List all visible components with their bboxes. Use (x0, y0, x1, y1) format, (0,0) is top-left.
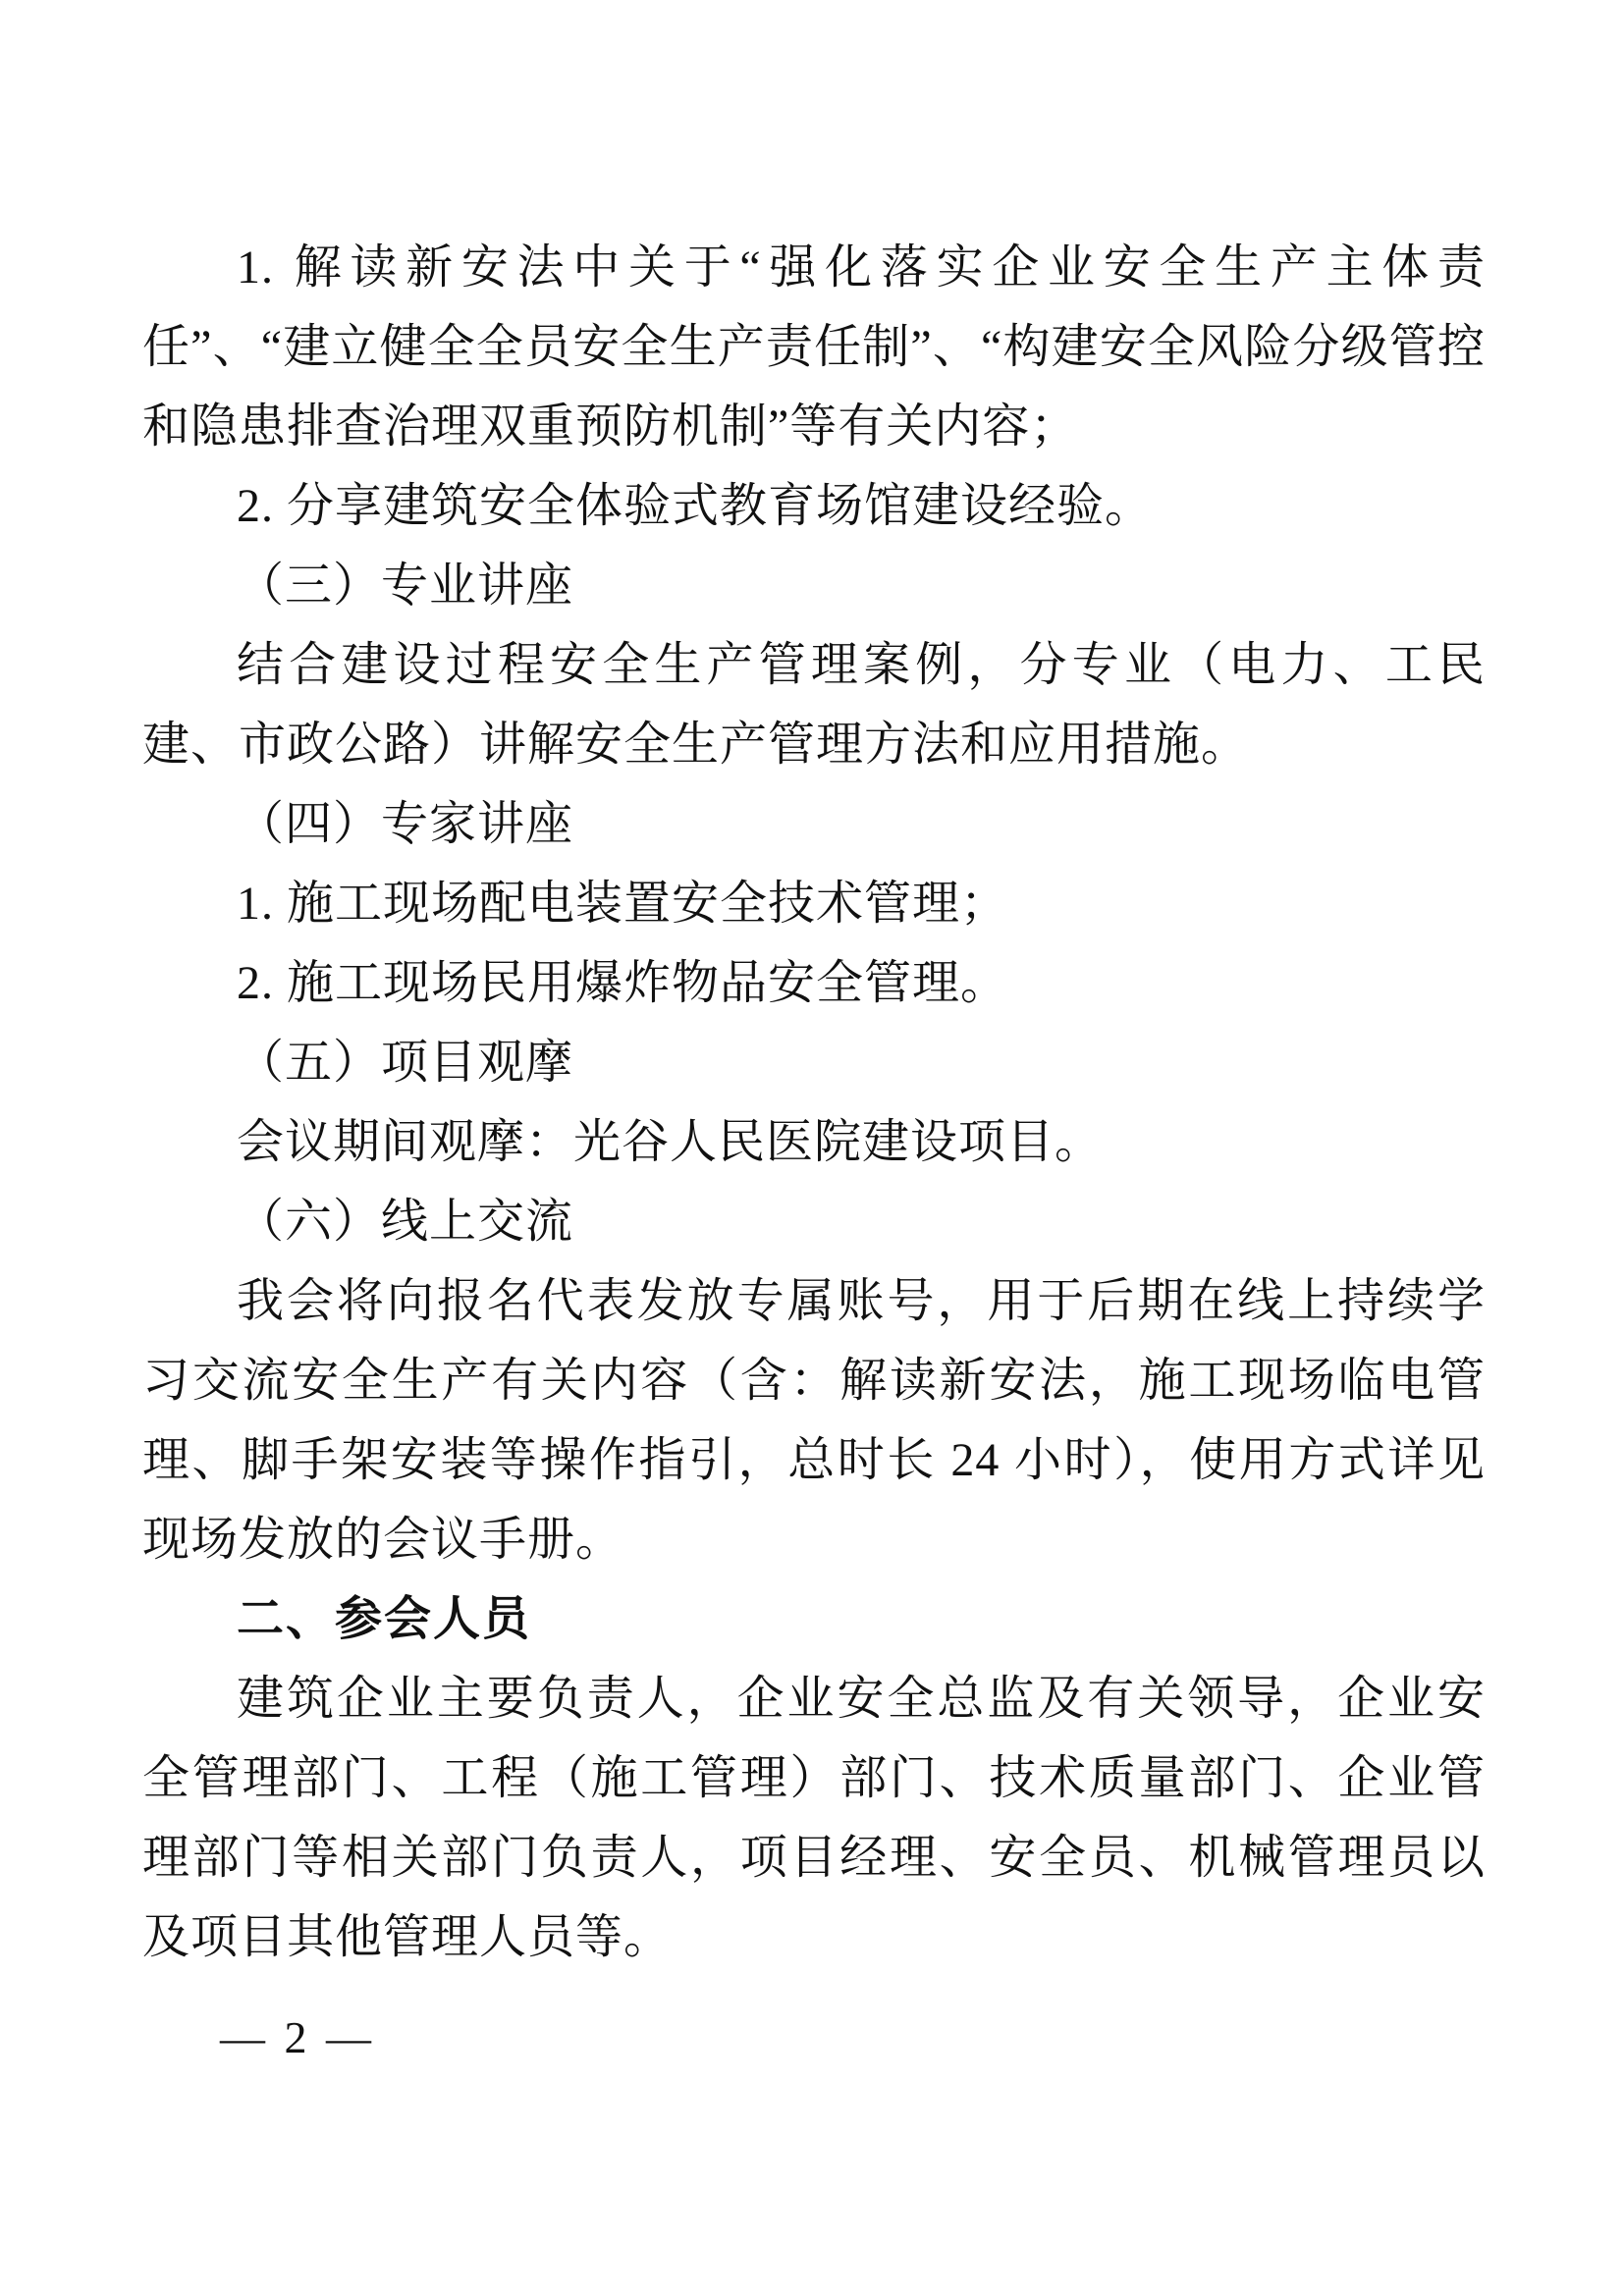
document-page: 1. 解读新安法中关于“强化落实企业安全生产主体责任”、“建立健全全员安全生产责… (0, 0, 1623, 2296)
page-number: — 2 — (220, 2008, 375, 2067)
main-heading-participants: 二、参会人员 (142, 1579, 1486, 1659)
paragraph-online-exchange-desc: 我会将向报名代表发放专属账号，用于后期在线上持续学习交流安全生产有关内容（含：解… (142, 1261, 1486, 1579)
numbered-item-interpret-law: 1. 解读新安法中关于“强化落实企业安全生产主体责任”、“建立健全全员安全生产责… (142, 228, 1486, 466)
section-heading-online-exchange: （六）线上交流 (142, 1182, 1486, 1261)
section-heading-project-observation: （五）项目观摩 (142, 1023, 1486, 1102)
section-heading-professional-lecture: （三）专业讲座 (142, 546, 1486, 625)
paragraph-professional-lecture-desc: 结合建设过程安全生产管理案例，分专业（电力、工民建、市政公路）讲解安全生产管理方… (142, 625, 1486, 784)
section-heading-expert-lecture: （四）专家讲座 (142, 784, 1486, 864)
numbered-item-power-distribution: 1. 施工现场配电装置安全技术管理； (142, 864, 1486, 943)
numbered-item-civil-explosives: 2. 施工现场民用爆炸物品安全管理。 (142, 943, 1486, 1023)
numbered-item-share-experience: 2. 分享建筑安全体验式教育场馆建设经验。 (142, 466, 1486, 546)
document-body: 1. 解读新安法中关于“强化落实企业安全生产主体责任”、“建立健全全员安全生产责… (142, 228, 1486, 1977)
paragraph-participants-desc: 建筑企业主要负责人，企业安全总监及有关领导，企业安全管理部门、工程（施工管理）部… (142, 1659, 1486, 1977)
paragraph-project-observation-desc: 会议期间观摩：光谷人民医院建设项目。 (142, 1102, 1486, 1182)
